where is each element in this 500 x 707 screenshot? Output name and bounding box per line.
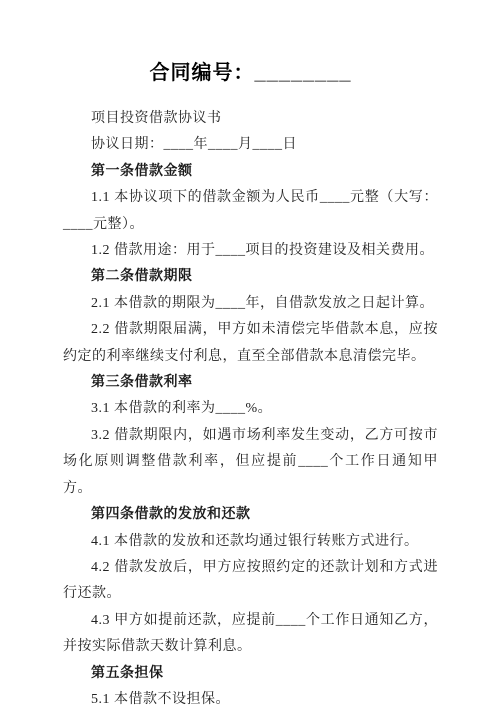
sections-container: 第一条借款金额 1.1 本协议项下的借款金额为人民币____元整（大写：____… (63, 159, 438, 707)
contract-number-line: 合同编号：________ (63, 62, 438, 85)
section-paragraph: 4.2 借款发放后，甲方应按照约定的还款计划和方式进行还款。 (63, 555, 438, 608)
section-paragraph: 5.1 本借款不设担保。 (63, 687, 438, 707)
section-paragraph: 2.1 本借款的期限为____年，自借款发放之日起计算。 (63, 291, 438, 317)
section-paragraph: 1.2 借款用途：用于____项目的投资建设及相关费用。 (63, 238, 438, 264)
contract-section: 第五条担保 5.1 本借款不设担保。 (63, 661, 438, 707)
section-heading: 第四条借款的发放和还款 (63, 502, 438, 528)
section-heading: 第二条借款期限 (63, 264, 438, 290)
section-heading: 第三条借款利率 (63, 370, 438, 396)
section-paragraph: 2.2 借款期限届满，甲方如未清偿完毕借款本息，应按约定的利率继续支付利息，直至… (63, 317, 438, 370)
section-paragraph: 4.1 本借款的发放和还款均通过银行转账方式进行。 (63, 529, 438, 555)
section-paragraph: 3.2 借款期限内，如遇市场利率发生变动，乙方可按市场化原则调整借款利率，但应提… (63, 423, 438, 502)
contract-page: 合同编号：________ 项目投资借款协议书 协议日期：____年____月_… (0, 0, 500, 707)
contract-section: 第四条借款的发放和还款 4.1 本借款的发放和还款均通过银行转账方式进行。4.2… (63, 502, 438, 660)
contract-section: 第二条借款期限 2.1 本借款的期限为____年，自借款发放之日起计算。2.2 … (63, 264, 438, 370)
contract-section: 第三条借款利率 3.1 本借款的利率为____%。3.2 借款期限内，如遇市场利… (63, 370, 438, 502)
section-heading: 第一条借款金额 (63, 159, 438, 185)
section-paragraph: 3.1 本借款的利率为____%。 (63, 396, 438, 422)
contract-number-blank: ________ (255, 62, 352, 84)
contract-number-label: 合同编号： (150, 62, 255, 84)
contract-section: 第一条借款金额 1.1 本协议项下的借款金额为人民币____元整（大写：____… (63, 159, 438, 265)
document-title: 项目投资借款协议书 (63, 106, 438, 132)
section-paragraph: 4.3 甲方如提前还款，应提前____个工作日通知乙方，并按实际借款天数计算利息… (63, 608, 438, 661)
agreement-date-line: 协议日期：____年____月____日 (63, 132, 438, 158)
section-paragraph: 1.1 本协议项下的借款金额为人民币____元整（大写：____元整）。 (63, 185, 438, 238)
section-heading: 第五条担保 (63, 661, 438, 687)
